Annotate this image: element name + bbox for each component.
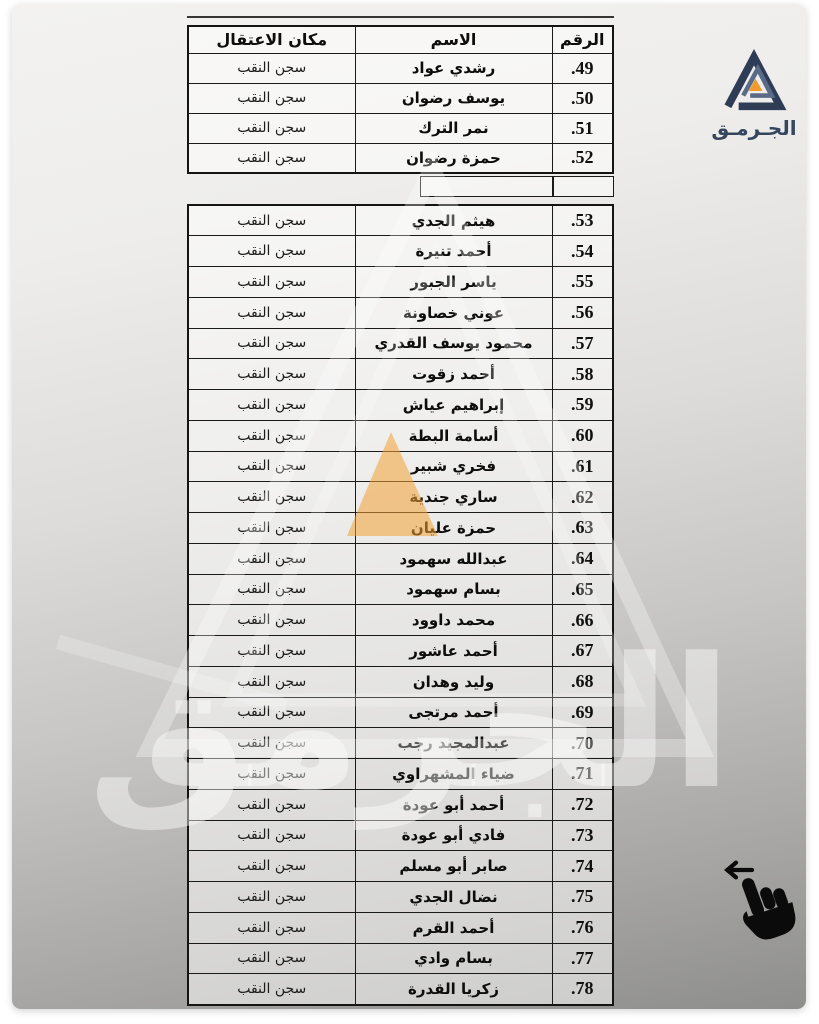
row-number-cell: 62. xyxy=(552,482,613,513)
row-number-cell: 68. xyxy=(552,666,613,697)
detainee-name-cell: أحمد مرتجى xyxy=(355,697,552,728)
detainee-row: 74. صابر أبو مسلم سجن النقب xyxy=(188,851,613,882)
detention-place-cell: سجن النقب xyxy=(188,636,355,667)
detention-place-cell: سجن النقب xyxy=(188,451,355,482)
row-number-cell: 49. xyxy=(552,53,613,83)
detainee-row: 69. أحمد مرتجى سجن النقب xyxy=(188,697,613,728)
detainee-row: 65. بسام سهمود سجن النقب xyxy=(188,574,613,605)
row-number-cell: 72. xyxy=(552,789,613,820)
detention-place-cell: سجن النقب xyxy=(188,513,355,544)
detainee-name-cell: حمزة عليان xyxy=(355,513,552,544)
detainee-row: 66. محمد داوود سجن النقب xyxy=(188,605,613,636)
detention-place-cell: سجن النقب xyxy=(188,882,355,913)
column-header-number: الرقم xyxy=(552,26,613,53)
detainee-name-cell: صابر أبو مسلم xyxy=(355,851,552,882)
detainee-row: 49. رشدي عواد سجن النقب xyxy=(188,53,613,83)
row-number-cell: 60. xyxy=(552,420,613,451)
column-header-detention-place: مكان الاعتقال xyxy=(188,26,355,53)
detention-place-cell: سجن النقب xyxy=(188,543,355,574)
detention-place-cell: سجن النقب xyxy=(188,605,355,636)
detention-place-cell: سجن النقب xyxy=(188,267,355,298)
detainee-row: 77. بسام وادي سجن النقب xyxy=(188,943,613,974)
detainee-row: 78. زكريا القدرة سجن النقب xyxy=(188,974,613,1005)
detention-place-cell: سجن النقب xyxy=(188,851,355,882)
detainee-name-cell: محمود يوسف القدري xyxy=(355,328,552,359)
row-number-cell: 56. xyxy=(552,297,613,328)
row-number-cell: 77. xyxy=(552,943,613,974)
detainee-name-cell: نضال الجدي xyxy=(355,882,552,913)
detainee-name-cell: إبراهيم عياش xyxy=(355,390,552,421)
row-number-cell: 78. xyxy=(552,974,613,1005)
detention-place-cell: سجن النقب xyxy=(188,482,355,513)
detention-place-cell: سجن النقب xyxy=(188,759,355,790)
detainee-row: 53. هيثم الجدي سجن النقب xyxy=(188,205,613,236)
detention-place-cell: سجن النقب xyxy=(188,666,355,697)
detention-place-cell: سجن النقب xyxy=(188,420,355,451)
row-number-cell: 51. xyxy=(552,113,613,143)
detainee-row: 61. فخري شبير سجن النقب xyxy=(188,451,613,482)
detention-place-cell: سجن النقب xyxy=(188,820,355,851)
detainee-name-cell: محمد داوود xyxy=(355,605,552,636)
detention-place-cell: سجن النقب xyxy=(188,697,355,728)
detainee-table-top: الرقم الاسم مكان الاعتقال 49. رشدي عواد … xyxy=(187,25,614,174)
detention-place-cell: سجن النقب xyxy=(188,359,355,390)
row-number-cell: 75. xyxy=(552,882,613,913)
row-number-cell: 73. xyxy=(552,820,613,851)
detainee-row: 51. نمر الترك سجن النقب xyxy=(188,113,613,143)
cropped-row-stub xyxy=(420,176,614,197)
detention-place-cell: سجن النقب xyxy=(188,789,355,820)
detainee-row: 55. ياسر الجبور سجن النقب xyxy=(188,267,613,298)
detainee-name-cell: يوسف رضوان xyxy=(355,83,552,113)
column-header-name: الاسم xyxy=(355,26,552,53)
detainee-name-cell: فادي أبو عودة xyxy=(355,820,552,851)
brand-logo-text: الجـرمـق xyxy=(706,116,802,140)
detainee-row: 70. عبدالمجيد رجب سجن النقب xyxy=(188,728,613,759)
detainee-table-continuation: 53. هيثم الجدي سجن النقب 54. أحمد تنيرة … xyxy=(187,204,614,1006)
row-number-cell: 54. xyxy=(552,236,613,267)
row-number-cell: 50. xyxy=(552,83,613,113)
detainee-name-cell: بسام سهمود xyxy=(355,574,552,605)
detainee-name-cell: عبدالمجيد رجب xyxy=(355,728,552,759)
detainee-name-cell: حمزة رضوان xyxy=(355,143,552,173)
detainee-name-cell: ضياء المشهراوي xyxy=(355,759,552,790)
detainee-name-cell: هيثم الجدي xyxy=(355,205,552,236)
detainee-row: 56. عوني خصاونة سجن النقب xyxy=(188,297,613,328)
detention-place-cell: سجن النقب xyxy=(188,205,355,236)
row-number-cell: 64. xyxy=(552,543,613,574)
detainee-row: 52. حمزة رضوان سجن النقب xyxy=(188,143,613,173)
detainee-name-cell: وليد وهدان xyxy=(355,666,552,697)
row-number-cell: 55. xyxy=(552,267,613,298)
detainee-name-cell: أحمد زقوت xyxy=(355,359,552,390)
detention-place-cell: سجن النقب xyxy=(188,236,355,267)
detainee-name-cell: عوني خصاونة xyxy=(355,297,552,328)
detainee-row: 60. أسامة البطة سجن النقب xyxy=(188,420,613,451)
detainee-row: 67. أحمد عاشور سجن النقب xyxy=(188,636,613,667)
detainee-name-cell: نمر الترك xyxy=(355,113,552,143)
detainee-row: 63. حمزة عليان سجن النقب xyxy=(188,513,613,544)
detention-place-cell: سجن النقب xyxy=(188,728,355,759)
detainee-name-cell: فخري شبير xyxy=(355,451,552,482)
cropped-row-line xyxy=(187,16,614,18)
detainee-row: 68. وليد وهدان سجن النقب xyxy=(188,666,613,697)
detention-place-cell: سجن النقب xyxy=(188,143,355,173)
detention-place-cell: سجن النقب xyxy=(188,53,355,83)
row-number-cell: 66. xyxy=(552,605,613,636)
detainee-name-cell: ساري جندية xyxy=(355,482,552,513)
row-number-cell: 74. xyxy=(552,851,613,882)
detainee-row: 72. أحمد أبو عودة سجن النقب xyxy=(188,789,613,820)
detainee-row: 75. نضال الجدي سجن النقب xyxy=(188,882,613,913)
left-arrow-icon xyxy=(727,863,752,878)
detainee-row: 59. إبراهيم عياش سجن النقب xyxy=(188,390,613,421)
detainee-name-cell: ياسر الجبور xyxy=(355,267,552,298)
row-number-cell: 61. xyxy=(552,451,613,482)
detention-place-cell: سجن النقب xyxy=(188,297,355,328)
detention-place-cell: سجن النقب xyxy=(188,974,355,1005)
detention-place-cell: سجن النقب xyxy=(188,390,355,421)
detainee-row: 62. ساري جندية سجن النقب xyxy=(188,482,613,513)
detention-place-cell: سجن النقب xyxy=(188,912,355,943)
detainee-row: 50. يوسف رضوان سجن النقب xyxy=(188,83,613,113)
row-number-cell: 52. xyxy=(552,143,613,173)
table-header-row: الرقم الاسم مكان الاعتقال xyxy=(188,26,613,53)
detainee-name-cell: بسام وادي xyxy=(355,943,552,974)
detention-place-cell: سجن النقب xyxy=(188,113,355,143)
detainee-row: 73. فادي أبو عودة سجن النقب xyxy=(188,820,613,851)
detainee-name-cell: أحمد أبو عودة xyxy=(355,789,552,820)
detainee-name-cell: أحمد القرم xyxy=(355,912,552,943)
triangle-logo-icon xyxy=(715,48,793,114)
row-number-cell: 67. xyxy=(552,636,613,667)
row-number-cell: 59. xyxy=(552,390,613,421)
row-number-cell: 70. xyxy=(552,728,613,759)
row-number-cell: 71. xyxy=(552,759,613,790)
detention-place-cell: سجن النقب xyxy=(188,328,355,359)
detainee-name-cell: أحمد تنيرة xyxy=(355,236,552,267)
detainee-row: 54. أحمد تنيرة سجن النقب xyxy=(188,236,613,267)
detention-place-cell: سجن النقب xyxy=(188,574,355,605)
detainee-name-cell: رشدي عواد xyxy=(355,53,552,83)
detainee-row: 76. أحمد القرم سجن النقب xyxy=(188,912,613,943)
swipe-left-indicator xyxy=(716,858,804,954)
detainee-row: 57. محمود يوسف القدري سجن النقب xyxy=(188,328,613,359)
swipe-hand-icon xyxy=(730,866,801,945)
row-number-cell: 65. xyxy=(552,574,613,605)
row-number-cell: 69. xyxy=(552,697,613,728)
row-number-cell: 58. xyxy=(552,359,613,390)
detainee-row: 58. أحمد زقوت سجن النقب xyxy=(188,359,613,390)
detainee-name-cell: عبدالله سهمود xyxy=(355,543,552,574)
row-number-cell: 53. xyxy=(552,205,613,236)
detention-place-cell: سجن النقب xyxy=(188,83,355,113)
detention-place-cell: سجن النقب xyxy=(188,943,355,974)
detainee-row: 64. عبدالله سهمود سجن النقب xyxy=(188,543,613,574)
row-number-cell: 57. xyxy=(552,328,613,359)
row-number-cell: 76. xyxy=(552,912,613,943)
detainee-name-cell: أحمد عاشور xyxy=(355,636,552,667)
detainee-row: 71. ضياء المشهراوي سجن النقب xyxy=(188,759,613,790)
detainee-name-cell: أسامة البطة xyxy=(355,420,552,451)
brand-logo: الجـرمـق xyxy=(706,48,802,140)
detainee-name-cell: زكريا القدرة xyxy=(355,974,552,1005)
row-number-cell: 63. xyxy=(552,513,613,544)
